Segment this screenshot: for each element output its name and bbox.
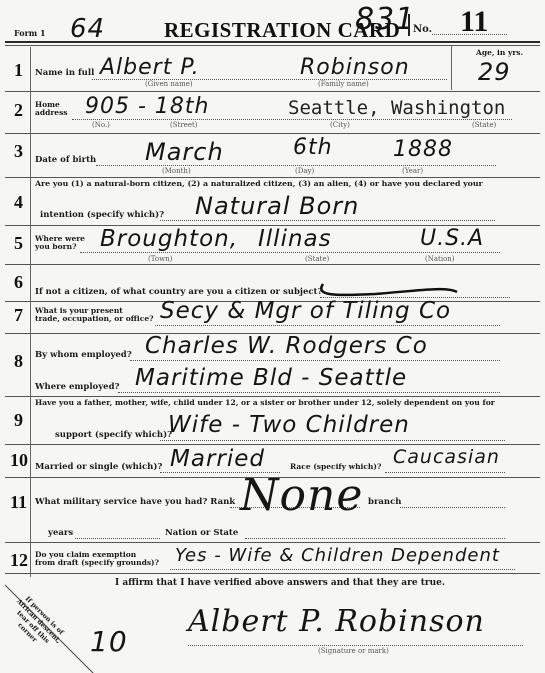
citizenship-line [160,220,495,221]
field-number: 7 [14,305,23,326]
field-number: 11 [10,492,27,513]
divider [5,133,540,134]
years-label: years [48,528,73,538]
birthplace-label-2: you born? [35,242,76,251]
dependents-value: Wife - Two Children [168,412,410,438]
divider [5,91,540,92]
card-handwritten-number: 831 [355,2,415,37]
no-caption: (No.) [92,121,110,129]
citizenship-question: Are you (1) a natural-born citizen, (2) … [35,179,483,188]
signature: Albert P. Robinson [188,604,485,639]
branch-label: branch [368,497,401,507]
employer-label: By whom employed? [35,350,132,360]
marital-status-label: Married or single (which)? [35,462,162,472]
years-line [75,538,160,539]
citizenship-label: intention (specify which)? [40,210,164,220]
race-line [385,472,505,473]
no-value: 11 [460,5,488,39]
field-number: 5 [14,233,23,254]
nation-or-state-line [245,538,505,539]
town-caption: (Town) [148,255,172,263]
day-caption: (Day) [295,167,314,175]
exemption-value: Yes - Wife & Children Dependent [175,545,500,566]
divider [5,41,540,43]
work-location-line [118,392,500,393]
affirmation-text: I affirm that I have verified above answ… [115,578,445,588]
no-label: No. [413,24,432,35]
divider [5,573,540,574]
occupation-label-2: trade, occupation, or office? [35,314,154,323]
field-number: 9 [14,410,23,431]
military-service-label: What military service have you had? Rank [35,497,235,507]
state-caption: (State) [472,121,496,129]
address-line [72,119,512,120]
citizenship-value: Natural Born [195,192,359,220]
dependents-label: support (specify which)? [55,430,172,440]
nation-or-state-label: Nation or State [165,528,238,538]
signature-caption: (Signature or mark) [318,647,389,655]
birthplace-line [80,252,500,253]
field-number: 10 [10,450,28,471]
military-service-value: None [240,470,363,521]
divider [5,45,540,46]
occupation-value: Secy & Mgr of Tiling Co [160,298,451,324]
nation-caption: (Nation) [425,255,455,263]
street-address-value: 905 - 18th [85,94,209,119]
dash-mark-icon [315,274,465,300]
street-caption: (Street) [170,121,198,129]
registration-card: Form 1 64 REGISTRATION CARD 831 No. 11 1… [0,0,545,673]
family-name-value: Robinson [300,55,410,80]
work-location-value: Maritime Bld - Seattle [135,365,407,391]
employer-line [130,360,500,361]
city-state-value: Seattle, Washington [288,97,505,119]
age-label: Age, in yrs. [476,48,523,57]
home-address-label-2: address [35,108,68,117]
race-value: Caucasian [393,446,500,468]
birth-town-value: Broughton, [100,226,238,252]
birth-state-value: Illinas [258,226,332,252]
family-name-caption: (Family name) [318,80,369,88]
birth-day-value: 6th [293,135,333,160]
foreign-citizenship-label: If not a citizen, of what country are yo… [35,287,322,297]
month-caption: (Month) [162,167,191,175]
birth-nation-value: U.S.A [420,226,484,251]
marital-status-value: Married [170,446,265,472]
field-number: 1 [14,60,23,81]
divider [5,177,540,178]
name-label: Name in full [35,68,94,78]
header-divider [408,14,410,36]
divider [5,264,540,265]
field-number: 8 [14,351,23,372]
employer-value: Charles W. Rodgers Co [145,333,428,359]
work-location-label: Where employed? [35,382,120,392]
divider [5,444,540,445]
given-name-caption: (Given name) [145,80,193,88]
branch-line [400,507,505,508]
year-caption: (Year) [402,167,423,175]
divider [5,396,540,397]
exemption-line [170,569,515,570]
dob-label: Date of birth [35,155,96,165]
birth-year-value: 1888 [393,137,453,162]
form-label: Form 1 [14,28,46,38]
age-value: 29 [478,58,511,86]
number-column-line [30,47,31,577]
divider [5,542,540,543]
field-number: 3 [14,141,23,162]
state-caption: (State) [305,255,329,263]
city-caption: (City) [330,121,350,129]
birth-month-value: March [145,138,224,166]
given-name-value: Albert P. [100,55,200,80]
dependents-question: Have you a father, mother, wife, child u… [35,398,495,407]
field-number: 6 [14,272,23,293]
signature-line [188,645,523,646]
dependents-line [160,440,505,441]
field-number: 4 [14,192,23,213]
age-divider [451,45,452,90]
serial-handwritten: 64 [70,14,105,44]
field-number: 2 [14,100,23,121]
occupation-line [155,325,500,326]
exemption-label-2: from draft (specify grounds)? [35,558,159,567]
field-number: 12 [10,550,28,571]
